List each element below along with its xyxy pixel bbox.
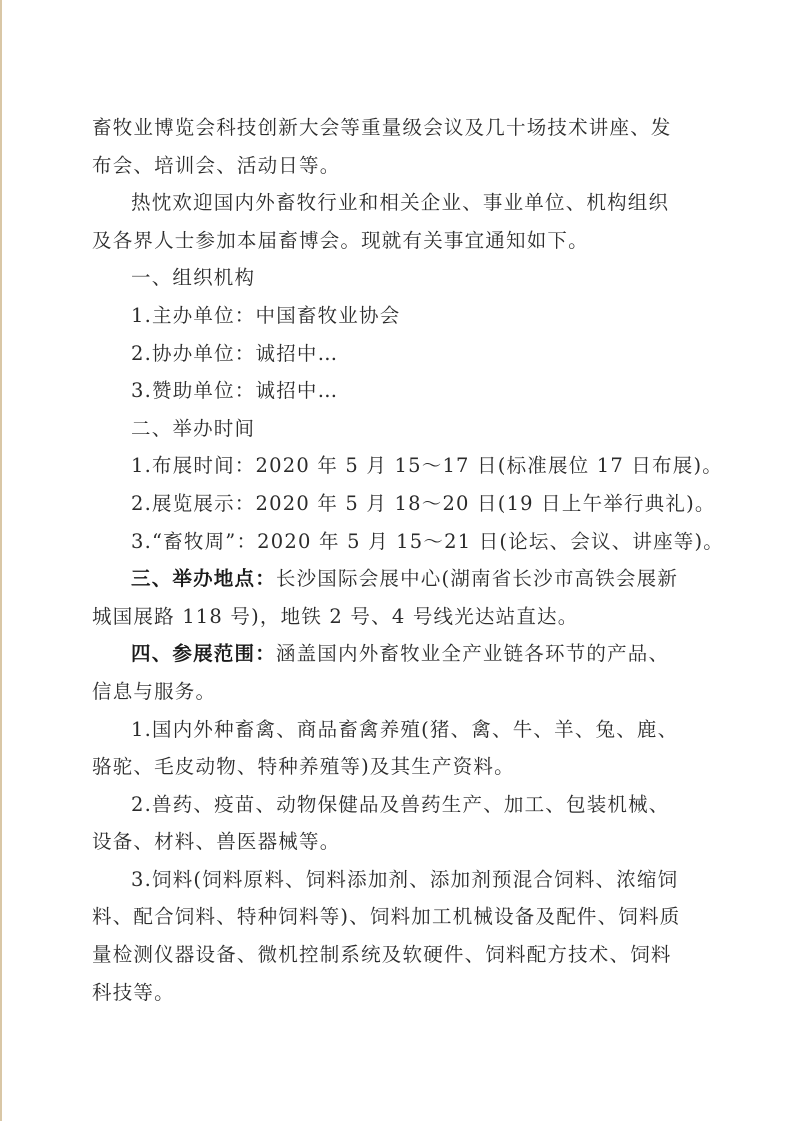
list-item: 1.主办单位：中国畜牧业协会 <box>92 297 702 335</box>
list-item: 1.布展时间：2020 年 5 月 15～17 日(标准展位 17 日布展)。 <box>92 447 702 485</box>
paragraph-line: 量检测仪器设备、微机控制系统及软硬件、饲料配方技术、饲料 <box>92 936 702 974</box>
venue-text: 长沙国际会展中心(湖南省长沙市高铁会展新 <box>276 567 678 590</box>
paragraph-line: 科技等。 <box>92 974 702 1012</box>
section-heading-scope: 四、参展范围： <box>131 642 276 665</box>
paragraph-line: 城国展路 118 号)，地铁 2 号、4 号线光达站直达。 <box>92 598 702 636</box>
section-heading-venue: 三、举办地点： <box>131 567 276 590</box>
section-heading-organization: 一、组织机构 <box>92 259 702 297</box>
paragraph-line: 料、配合饲料、特种饲料等)、饲料加工机械设备及配件、饲料质 <box>92 898 702 936</box>
list-item: 2.展览展示：2020 年 5 月 18～20 日(19 日上午举行典礼)。 <box>92 485 702 523</box>
paragraph-line: 设备、材料、兽医器械等。 <box>92 823 702 861</box>
paragraph-line: 布会、培训会、活动日等。 <box>92 147 702 185</box>
paragraph-line: 骆驼、毛皮动物、特种养殖等)及其生产资料。 <box>92 748 702 786</box>
section-scope-line: 四、参展范围：涵盖国内外畜牧业全产业链各环节的产品、 <box>92 635 702 673</box>
list-item: 1.国内外种畜禽、商品畜禽养殖(猪、禽、牛、羊、兔、鹿、 <box>92 711 702 749</box>
page-edge-line <box>0 0 2 1121</box>
paragraph-line: 信息与服务。 <box>92 673 702 711</box>
list-item: 3.“畜牧周”：2020 年 5 月 15～21 日(论坛、会议、讲座等)。 <box>92 523 702 561</box>
document-body: 畜牧业博览会科技创新大会等重量级会议及几十场技术讲座、发 布会、培训会、活动日等… <box>92 109 702 1011</box>
paragraph-line: 热忱欢迎国内外畜牧行业和相关企业、事业单位、机构组织 <box>92 184 702 222</box>
section-venue-line: 三、举办地点：长沙国际会展中心(湖南省长沙市高铁会展新 <box>92 560 702 598</box>
list-item: 2.兽药、疫苗、动物保健品及兽药生产、加工、包装机械、 <box>92 786 702 824</box>
list-item: 3.饲料(饲料原料、饲料添加剂、添加剂预混合饲料、浓缩饲 <box>92 861 702 899</box>
paragraph-line: 及各界人士参加本届畜博会。现就有关事宜通知如下。 <box>92 222 702 260</box>
paragraph-line: 畜牧业博览会科技创新大会等重量级会议及几十场技术讲座、发 <box>92 109 702 147</box>
section-heading-time: 二、举办时间 <box>92 410 702 448</box>
list-item: 2.协办单位：诚招中… <box>92 335 702 373</box>
list-item: 3.赞助单位：诚招中… <box>92 372 702 410</box>
scope-text: 涵盖国内外畜牧业全产业链各环节的产品、 <box>276 642 669 665</box>
